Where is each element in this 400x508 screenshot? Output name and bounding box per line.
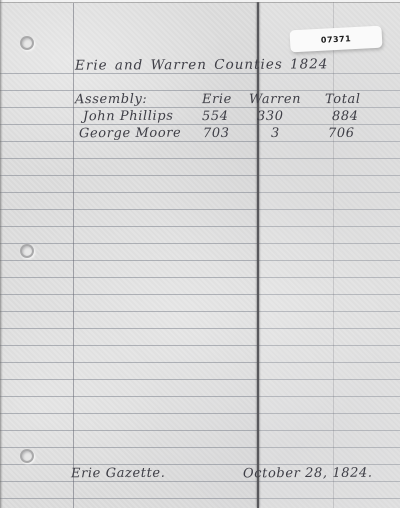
catalog-number: 07371 xyxy=(321,34,352,45)
paper-left-edge xyxy=(0,0,3,508)
paper-tone-right xyxy=(259,0,400,508)
column-header-erie: Erie xyxy=(202,92,232,108)
margin-line xyxy=(73,3,74,508)
source-date: October 28, 1824. xyxy=(243,466,373,483)
scanned-ledger-page: 07371 Erie and Warren Counties 1824 Asse… xyxy=(0,0,400,508)
punch-hole-middle xyxy=(20,244,34,258)
table-row-erie-votes: 554 xyxy=(202,109,229,125)
column-header-assembly: Assembly: xyxy=(75,92,147,108)
page-crease-dark xyxy=(257,0,259,508)
table-row-warren-votes: 330 xyxy=(257,109,284,125)
table-row-warren-votes: 3 xyxy=(271,126,280,142)
table-row-erie-votes: 703 xyxy=(203,126,230,142)
table-row-total-votes: 884 xyxy=(332,109,359,125)
table-row-candidate-name: John Phillips xyxy=(83,109,174,125)
source-citation: Erie Gazette. xyxy=(71,466,166,482)
page-crease-faint xyxy=(333,0,334,508)
paper-top-edge xyxy=(0,0,400,3)
punch-hole-bottom xyxy=(20,449,34,463)
table-row-total-votes: 706 xyxy=(328,126,355,142)
page-title: Erie and Warren Counties 1824 xyxy=(75,56,328,73)
table-row-candidate-name: George Moore xyxy=(79,126,181,143)
column-header-total: Total xyxy=(325,92,361,108)
punch-hole-top xyxy=(20,36,34,50)
column-header-warren: Warren xyxy=(249,92,301,108)
